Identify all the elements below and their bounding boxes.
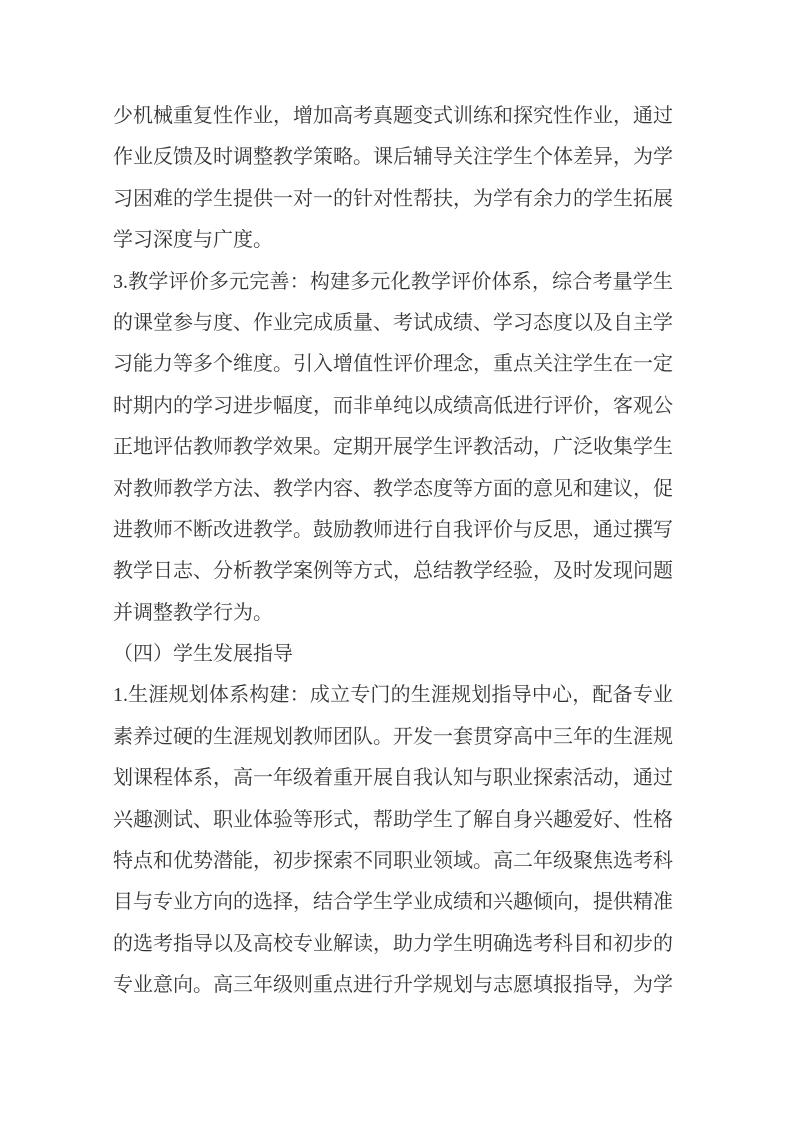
text-line: 少机械重复性作业，增加高考真题变式训练和探究性作业，通过 bbox=[113, 96, 673, 137]
text-line: 正地评估教师教学效果。定期开展学生评教活动，广泛收集学生 bbox=[113, 427, 673, 468]
document-page: 少机械重复性作业，增加高考真题变式训练和探究性作业，通过作业反馈及时调整教学策略… bbox=[0, 0, 793, 1122]
text-line: 并调整教学行为。 bbox=[113, 593, 673, 634]
heading-section-4-student-development: （四）学生发展指导 bbox=[113, 634, 673, 675]
text-line: 作业反馈及时调整教学策略。课后辅导关注学生个体差异，为学 bbox=[113, 137, 673, 178]
text-line: 进教师不断改进教学。鼓励教师进行自我评价与反思，通过撰写 bbox=[113, 510, 673, 551]
text-line: 目与专业方向的选择，结合学生学业成绩和兴趣倾向，提供精准 bbox=[113, 882, 673, 923]
text-line: 1.生涯规划体系构建：成立专门的生涯规划指导中心，配备专业 bbox=[113, 675, 673, 716]
text-line: 学习深度与广度。 bbox=[113, 220, 673, 261]
text-line: 的课堂参与度、作业完成质量、考试成绩、学习态度以及自主学 bbox=[113, 303, 673, 344]
paragraph-1-career-planning: 1.生涯规划体系构建：成立专门的生涯规划指导中心，配备专业素养过硬的生涯规划教师… bbox=[113, 675, 673, 1006]
paragraph-homework-tutoring-continuation: 少机械重复性作业，增加高考真题变式训练和探究性作业，通过作业反馈及时调整教学策略… bbox=[113, 96, 673, 262]
text-line: 对教师教学方法、教学内容、教学态度等方面的意见和建议，促 bbox=[113, 469, 673, 510]
text-line: 教学日志、分析教学案例等方式，总结教学经验，及时发现问题 bbox=[113, 551, 673, 592]
text-line: 素养过硬的生涯规划教师团队。开发一套贯穿高中三年的生涯规 bbox=[113, 717, 673, 758]
text-line: 兴趣测试、职业体验等形式，帮助学生了解自身兴趣爱好、性格 bbox=[113, 800, 673, 841]
heading-line: （四）学生发展指导 bbox=[113, 634, 673, 675]
text-block: 少机械重复性作业，增加高考真题变式训练和探究性作业，通过作业反馈及时调整教学策略… bbox=[113, 96, 673, 1007]
text-line: 时期内的学习进步幅度，而非单纯以成绩高低进行评价，客观公 bbox=[113, 386, 673, 427]
text-line: 习困难的学生提供一对一的针对性帮扶，为学有余力的学生拓展 bbox=[113, 179, 673, 220]
text-line: 划课程体系，高一年级着重开展自我认知与职业探索活动，通过 bbox=[113, 758, 673, 799]
text-line: 的选考指导以及高校专业解读，助力学生明确选考科目和初步的 bbox=[113, 924, 673, 965]
text-line: 3.教学评价多元完善：构建多元化教学评价体系，综合考量学生 bbox=[113, 262, 673, 303]
paragraph-3-teaching-evaluation: 3.教学评价多元完善：构建多元化教学评价体系，综合考量学生的课堂参与度、作业完成… bbox=[113, 262, 673, 635]
text-line: 专业意向。高三年级则重点进行升学规划与志愿填报指导，为学 bbox=[113, 965, 673, 1006]
text-line: 习能力等多个维度。引入增值性评价理念，重点关注学生在一定 bbox=[113, 344, 673, 385]
text-line: 特点和优势潜能，初步探索不同职业领域。高二年级聚焦选考科 bbox=[113, 841, 673, 882]
